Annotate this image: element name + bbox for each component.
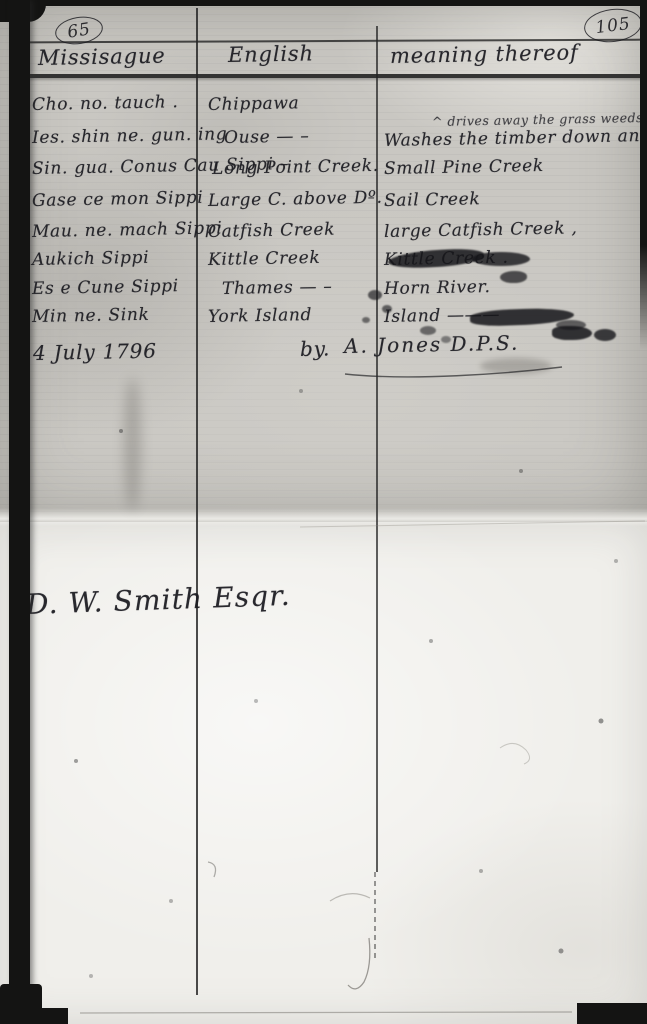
header-meaning-thereof: meaning thereof — [390, 40, 579, 68]
row6-missisague: Aukich Sippi — [32, 248, 150, 270]
column-rule-2 — [376, 26, 378, 872]
row1-missisague: Cho. no. tauch . — [32, 92, 179, 115]
row7-english: Thames — – — [222, 277, 333, 299]
ink-blot-signature-2 — [594, 329, 616, 341]
ink-blot-kittle-2 — [472, 252, 530, 266]
attestation-by-label: by. — [300, 336, 331, 361]
scan-edge-top — [0, 0, 647, 6]
row1-english: Chippawa — [208, 93, 300, 115]
ink-blot-signature-1 — [552, 326, 592, 340]
row7-meaning: Horn River. — [384, 277, 491, 299]
page-number-left-value: 65 — [66, 19, 92, 42]
row2-english: Ouse — – — [224, 126, 310, 148]
scan-edge-right — [640, 0, 647, 350]
ink-blot-island-3 — [420, 326, 436, 335]
row8-missisague: Min ne. Sink — [32, 305, 150, 327]
scan-edge-left — [9, 0, 30, 992]
header-missisague: Missisague — [38, 44, 166, 70]
page-number-right-value: 105 — [594, 13, 631, 37]
row4-english: Large C. above Dº. — [208, 188, 383, 211]
attestation-signature: A. Jones D.P.S. — [344, 331, 520, 358]
row5-missisague: Mau. ne. mach Sippi — [32, 218, 223, 242]
header-bottom-rule — [26, 74, 647, 78]
scan-edge-bottom-right-corner — [577, 1003, 647, 1024]
row8-english: York Island — [208, 305, 313, 327]
scan-edge-bottom-left-corner — [0, 1008, 68, 1024]
ink-blot-kittle-3 — [500, 271, 527, 283]
ink-smudge-under-signature — [480, 358, 552, 374]
row5-meaning: large Catfish Creek , — [384, 218, 578, 242]
row6-english: Kittle Creek — [208, 248, 321, 270]
row2-missisague: Ies. shin ne. gun. ing — [32, 124, 228, 148]
scanned-manuscript-page: 65 105 Missisague English meaning thereo… — [0, 0, 647, 1024]
row4-missisague: Gase ce mon Sippi — [32, 188, 204, 211]
row3-meaning: Small Pine Creek — [384, 156, 544, 179]
horizontal-fold-crease — [0, 508, 647, 526]
ink-dot-4 — [441, 336, 451, 343]
ink-smudge-streak — [124, 378, 141, 510]
row7-missisague: Es e Cune Sippi — [32, 276, 179, 299]
header-english: English — [228, 41, 314, 67]
row5-english: Catfish Creek — [208, 220, 336, 242]
ink-dot-2 — [382, 305, 392, 313]
ink-dot-3 — [362, 317, 370, 323]
ink-dot-1 — [368, 290, 382, 300]
attestation-date: 4 July 1796 — [33, 339, 157, 365]
column-rule-2-faint-tail — [374, 872, 376, 958]
row4-meaning: Sail Creek — [384, 189, 481, 211]
row3-english: Long Point Creek. — [212, 156, 379, 179]
